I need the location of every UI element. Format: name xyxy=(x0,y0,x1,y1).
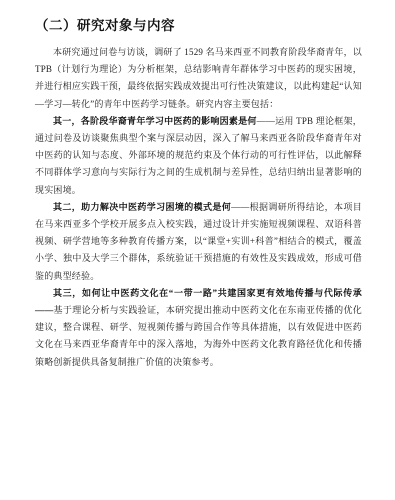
paragraph-point-two-text: ——根据调研所得结论，本项目在马来西亚多个学校开展多点入校实践，通过设计并实施短… xyxy=(35,202,362,281)
paragraph-point-one-text: ——运用 TPB 理论框架，通过问卷及访谈聚焦典型个案与深层动因，深入了解马来西… xyxy=(35,116,362,195)
paragraph-intro: 本研究通过问卷与访谈，调研了 1529 名马来西亚不同教育阶段华裔青年，以 TP… xyxy=(35,44,362,113)
section-heading: （二）研究对象与内容 xyxy=(35,17,362,35)
paragraph-point-one: 其一，各阶段华裔青年学习中医药的影响因素是何——运用 TPB 理论框架，通过问卷… xyxy=(35,113,362,199)
paragraph-point-two-lead: 其二，助力解决中医药学习困境的模式是何 xyxy=(53,202,231,212)
paragraph-intro-text: 本研究通过问卷与访谈，调研了 1529 名马来西亚不同教育阶段华裔青年，以 TP… xyxy=(35,47,362,109)
document-page: （二）研究对象与内容 本研究通过问卷与访谈，调研了 1529 名马来西亚不同教育… xyxy=(0,0,395,500)
paragraph-point-three-text: 基于理论分析与实践验证，本研究提出推动中医药文化在东南亚传播的优化建议，整合课程… xyxy=(35,305,362,367)
paragraph-point-three: 其三，如何让中医药文化在“一带一路”共建国家更有效地传播与代际传承——基于理论分… xyxy=(35,285,362,371)
paragraph-point-one-lead: 其一，各阶段华裔青年学习中医药的影响因素是何 xyxy=(53,116,257,126)
paragraph-point-two: 其二，助力解决中医药学习困境的模式是何——根据调研所得结论，本项目在马来西亚多个… xyxy=(35,199,362,285)
